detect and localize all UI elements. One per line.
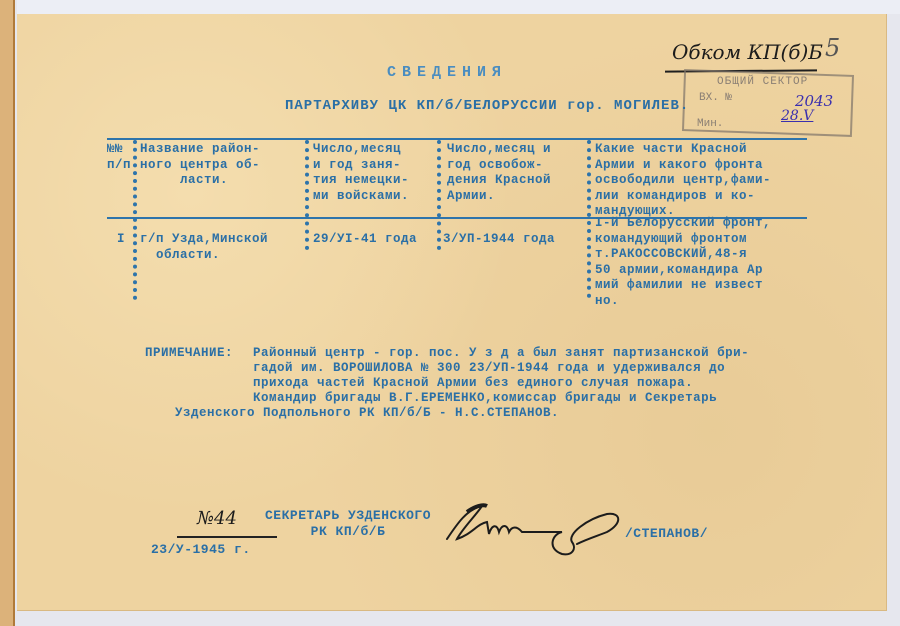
document-date: 23/У-1945 г. bbox=[151, 542, 251, 557]
note-line-4: Командир бригады В.Г.ЕРЕМЕНКО,комиссар б… bbox=[253, 391, 717, 407]
document-title: СВЕДЕНИЯ bbox=[387, 64, 507, 81]
document-address: ПАРТАРХИВУ ЦК КП/б/БЕЛОРУССИИ гор. МОГИЛ… bbox=[285, 98, 689, 114]
header-occupation-date: Число,месяц и год заня- тия немецки- ми … bbox=[313, 142, 409, 204]
table-top-rule bbox=[107, 138, 807, 140]
note-line-1: Районный центр - гор. пос. У з д а был з… bbox=[253, 346, 749, 362]
column-separator bbox=[305, 140, 309, 250]
note-label: ПРИМЕЧАНИЕ: bbox=[145, 346, 233, 362]
row-liberation-date: 3/УП-1944 года bbox=[443, 232, 555, 248]
signatory-name: /СТЕПАНОВ/ bbox=[625, 526, 708, 541]
note-line-2: гадой им. ВОРОШИЛОВА № 300 23/УП-1944 го… bbox=[253, 361, 725, 377]
header-units: Какие части Красной Армии и какого фронт… bbox=[595, 142, 771, 220]
stamp-date: 28.V bbox=[781, 108, 813, 124]
binder-edge bbox=[0, 0, 15, 626]
handwritten-signature bbox=[437, 494, 637, 564]
signatory-title: СЕКРЕТАРЬ УЗДЕНСКОГО РК КП/б/Б bbox=[265, 508, 431, 540]
header-liberation-date: Число,месяц и год освобож- дения Красной… bbox=[447, 142, 551, 204]
note-line-3: прихода частей Красной Армии без единого… bbox=[253, 376, 693, 392]
header-number: №№ п/п bbox=[107, 142, 131, 173]
fund-handwritten-mark: Обком КП(б)Б bbox=[672, 40, 823, 64]
row-units: I-й Белорусский фронт, командующий фронт… bbox=[595, 216, 771, 309]
scan-background bbox=[17, 0, 900, 14]
document-page: Обком КП(б)Б 5 ОБЩИЙ СЕКТОР ВХ. № Мин. 2… bbox=[17, 14, 887, 611]
column-separator bbox=[133, 140, 137, 300]
stamp-line-3: Мин. bbox=[697, 118, 723, 130]
column-separator bbox=[587, 140, 591, 298]
column-separator bbox=[437, 140, 441, 250]
row-occupation-date: 29/УI-41 года bbox=[313, 232, 417, 248]
stamp-line-2: ВХ. № bbox=[699, 92, 732, 104]
row-number: I bbox=[117, 232, 125, 248]
page-number: 5 bbox=[825, 34, 840, 62]
stamp-line-1: ОБЩИЙ СЕКТОР bbox=[717, 76, 808, 88]
header-district: Название район- ного центра об- ласти. bbox=[140, 142, 260, 189]
row-district: г/п Узда,Минской области. bbox=[140, 232, 268, 263]
number-underline bbox=[177, 536, 277, 538]
note-line-5: Узденского Подпольного РК КП/б/Б - Н.С.С… bbox=[175, 406, 559, 422]
outgoing-number: №44 bbox=[197, 508, 237, 529]
